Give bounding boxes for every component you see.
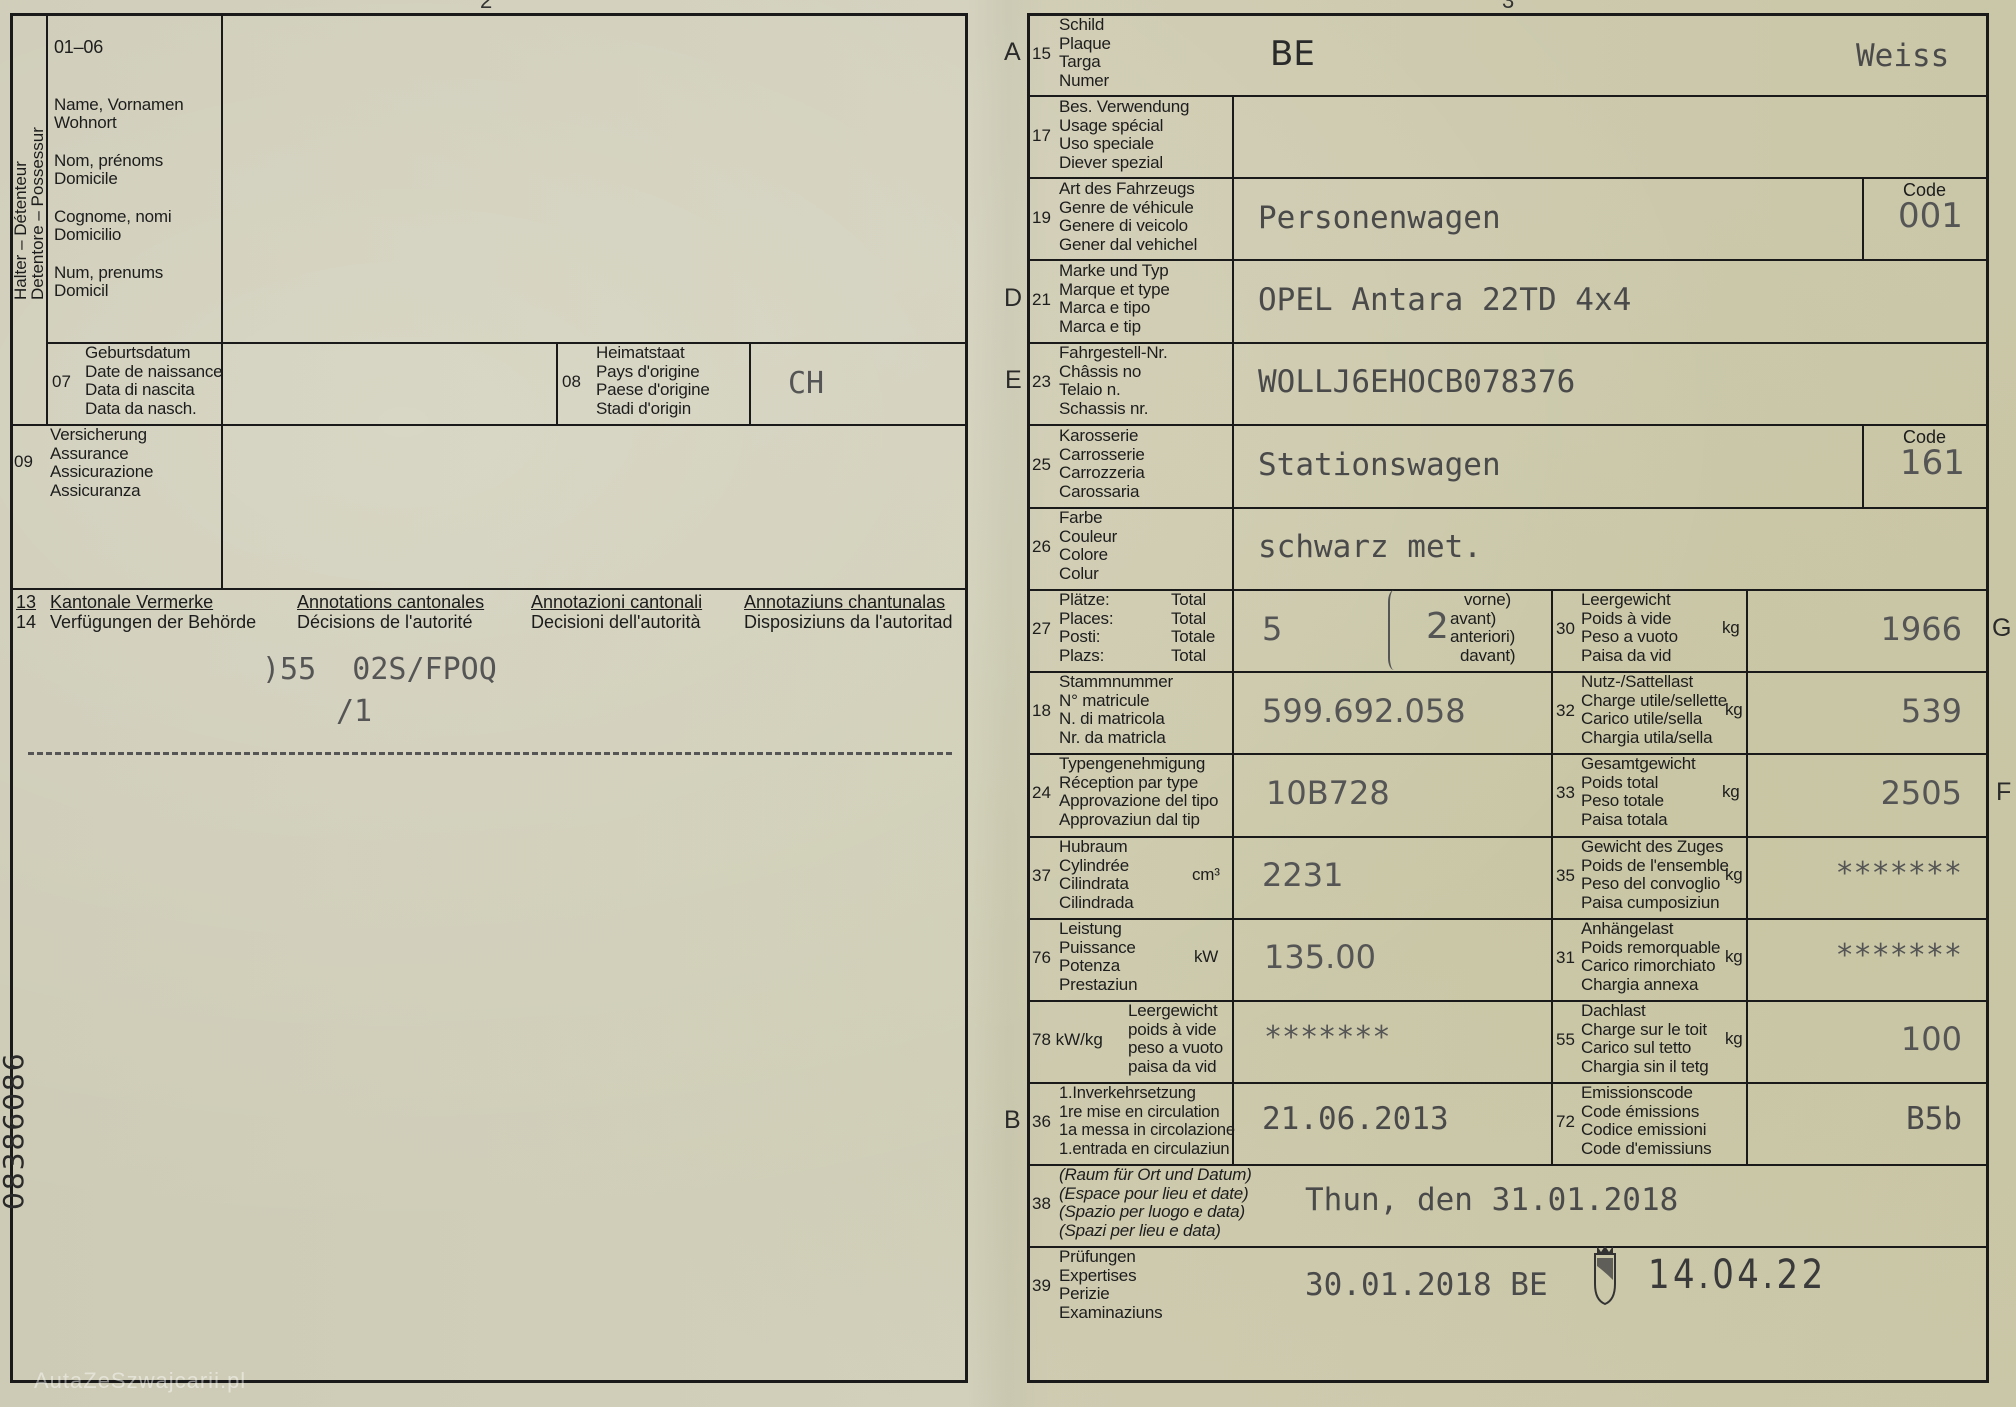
annotations-header-de: Kantonale Vermerke Verfügungen der Behör… [50,592,256,632]
empty-weight-value: 1966 [1881,610,1962,648]
divider [1028,424,1988,426]
chassis-field-number: 23 [1032,372,1051,392]
matriculation-labels: StammnummerN° matricule N. di matricolaN… [1059,673,1173,747]
inspections-field-number: 39 [1032,1276,1051,1296]
side-letter-f: F [1996,778,2011,807]
annotations-header-rm: Annotaziuns chantunalas Disposiziuns da … [744,592,953,632]
annotation-entry-line1: )55 02S/FPOQ [262,652,497,687]
special-use-field-number: 17 [1032,126,1051,146]
power-unit: kW [1194,948,1218,967]
empty-weight-field-number: 30 [1556,619,1575,639]
payload-field-number: 32 [1556,701,1575,721]
holder-field-number: 01–06 [54,38,103,57]
side-letter-e: E [1005,366,1022,395]
divider [1028,1246,1988,1248]
train-weight-unit: kg [1725,866,1743,885]
inspections-labels: PrüfungenExpertises PerizieExaminaziuns [1059,1248,1162,1322]
vehicle-type-field-number: 19 [1032,208,1051,228]
divider [10,588,967,590]
power-value: 135.00 [1264,938,1376,976]
divider [1028,918,1988,920]
trailer-load-field-number: 31 [1556,948,1575,968]
divider [1862,177,1864,259]
displacement-value: 2231 [1262,856,1343,894]
divider [1232,95,1234,1164]
train-weight-labels: Gewicht des ZugesPoids de l'ensemble Pes… [1581,838,1729,912]
holder-labels: Name, Vornamen Wohnort Nom, prénoms Domi… [54,96,184,300]
divider [10,424,967,426]
insurance-field-number: 09 [14,452,33,472]
origin-field-number: 08 [562,372,581,392]
seats-total-labels: TotalTotal TotaleTotal [1171,591,1215,665]
divider [1028,342,1988,344]
plate-labels: SchildPlaque TargaNumer [1059,16,1111,90]
inspection-stamp-date: 14.04.22 [1648,1252,1827,1298]
total-weight-value: 2505 [1881,774,1962,812]
total-weight-labels: GesamtgewichtPoids total Peso totalePais… [1581,755,1696,829]
place-date-labels: (Raum für Ort und Datum)(Espace pour lie… [1059,1166,1252,1240]
trailer-load-value: ******* [1836,938,1962,973]
bern-coat-of-arms-icon [1593,1244,1617,1306]
origin-labels: Heimatstaat Pays d'origine Paese d'origi… [596,344,710,418]
power-weight-field-number: 78 kW/kg [1032,1030,1103,1050]
holder-side-label: Halter – Détenteur Detentore – Possessur [12,127,46,300]
side-letter-g: G [1992,614,2011,643]
roof-load-labels: DachlastCharge sur le toit Carico sul te… [1581,1002,1709,1076]
roof-load-field-number: 55 [1556,1030,1575,1050]
empty-weight-unit: kg [1722,619,1740,638]
emission-code-field-number: 72 [1556,1112,1575,1132]
dashed-separator [28,752,952,755]
divider [556,342,558,424]
origin-value: CH [788,366,824,401]
type-approval-field-number: 24 [1032,783,1051,803]
plate-canton: BE [1270,34,1315,74]
side-letter-d: D [1004,284,1022,313]
chassis-value: WOLLJ6EHOCB078376 [1258,364,1575,400]
annotations-numbers: 13 14 [16,592,36,632]
plate-field-number: 15 [1032,44,1051,64]
divider [1028,836,1988,838]
page-number-right: 3 [1502,0,1514,14]
chassis-labels: Fahrgestell-Nr.Châssis no Telaio n.Schas… [1059,344,1167,418]
power-field-number: 76 [1032,948,1051,968]
displacement-unit: cm³ [1192,866,1220,885]
brace-icon [1388,590,1400,670]
make-model-labels: Marke und TypMarque et type Marca e tipo… [1059,262,1170,336]
side-letter-b: B [1004,1106,1021,1135]
first-registration-field-number: 36 [1032,1112,1051,1132]
side-letter-a: A [1004,38,1021,67]
displacement-field-number: 37 [1032,866,1051,886]
seats-field-number: 27 [1032,619,1051,639]
trailer-load-unit: kg [1725,948,1743,967]
train-weight-value: ******* [1836,856,1962,891]
body-labels: KarosserieCarrosserie CarrozzeriaCarossa… [1059,427,1145,501]
page-number-left: 2 [480,0,492,14]
body-field-number: 25 [1032,455,1051,475]
birth-labels: Geburtsdatum Date de naissance Data di n… [85,344,222,418]
body-value: Stationswagen [1258,447,1501,483]
payload-unit: kg [1725,701,1743,720]
seats-front-labels: vorne)avant) anteriori)davant) [1450,591,1515,665]
vehicle-type-value: Personenwagen [1258,200,1501,236]
divider [221,13,223,588]
power-weight-value: ******* [1264,1020,1390,1055]
total-weight-field-number: 33 [1556,783,1575,803]
color-field-number: 26 [1032,537,1051,557]
divider [1862,424,1864,507]
make-model-field-number: 21 [1032,290,1051,310]
body-code: 161 [1900,443,1965,483]
place-date-field-number: 38 [1032,1194,1051,1214]
empty-weight-labels: LeergewichtPoids à vide Peso a vuotoPais… [1581,591,1678,665]
plate-color: Weiss [1856,38,1949,74]
power-labels: LeistungPuissance PotenzaPrestaziun [1059,920,1137,994]
annotation-entry-line2: /1 [336,694,372,729]
make-model-value: OPEL Antara 22TD 4x4 [1258,282,1631,318]
roof-load-value: 100 [1901,1020,1962,1058]
type-approval-labels: TypengenehmigungRéception par type Appro… [1059,755,1218,829]
roof-load-unit: kg [1725,1030,1743,1049]
trailer-load-labels: AnhängelastPoids remorquable Carico rimo… [1581,920,1720,994]
emission-code-value: B5b [1906,1101,1962,1137]
vehicle-type-labels: Art des FahrzeugsGenre de véhicule Gener… [1059,180,1197,254]
birth-field-number: 07 [52,372,71,392]
divider [1028,259,1988,261]
serial-number: 08386086 [0,1051,30,1210]
divider [1028,507,1988,509]
watermark: AutaZeSzwajcarii.pl [34,1368,246,1394]
vehicle-type-code: 001 [1898,196,1963,236]
payload-labels: Nutz-/SattellastCharge utile/sellette Ca… [1581,673,1727,747]
divider [1746,589,1748,1164]
divider [749,342,751,424]
matriculation-field-number: 18 [1032,701,1051,721]
seats-labels: Plätze:Places: Posti:Plazs: [1059,591,1113,665]
divider [1551,589,1553,1164]
total-weight-unit: kg [1722,783,1740,802]
seats-total-value: 5 [1262,610,1282,648]
seats-front-value: 2 [1426,606,1449,647]
emission-code-labels: EmissionscodeCode émissions Codice emiss… [1581,1084,1711,1158]
first-registration-labels: 1.Inverkehrsetzung1re mise en circulatio… [1059,1084,1235,1158]
special-use-labels: Bes. VerwendungUsage spécial Uso special… [1059,98,1189,172]
type-approval-value: 10B728 [1266,774,1390,812]
displacement-labels: HubraumCylindrée CilindrataCilindrada [1059,838,1134,912]
insurance-labels: Versicherung Assurance Assicurazione Ass… [50,426,153,500]
payload-value: 539 [1901,692,1962,730]
inspections-value: 30.01.2018 BE [1305,1267,1548,1303]
place-date-value: Thun, den 31.01.2018 [1305,1182,1678,1218]
annotations-header-it: Annotazioni cantonali Decisioni dell'aut… [531,592,702,632]
annotations-header-fr: Annotations cantonales Décisions de l'au… [297,592,484,632]
color-labels: FarbeCouleur ColoreColur [1059,509,1117,583]
first-registration-value: 21.06.2013 [1262,1101,1449,1137]
matriculation-value: 599.692.058 [1262,692,1466,730]
train-weight-field-number: 35 [1556,866,1575,886]
color-value: schwarz met. [1258,529,1482,565]
power-weight-labels: Leergewichtpoids à vide peso a vuotopais… [1128,1002,1223,1076]
